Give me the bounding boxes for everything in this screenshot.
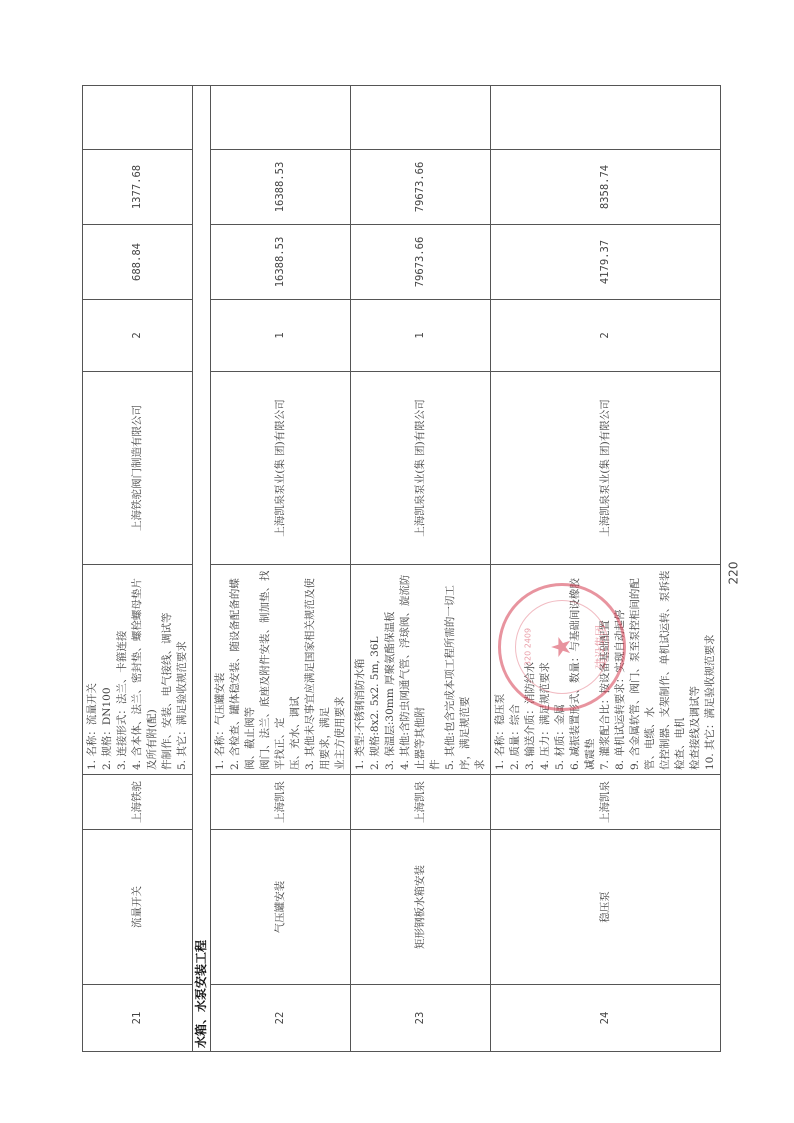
- section-header-row: 水箱、水泵安装工程: [193, 86, 211, 1052]
- description-line: 求: [473, 569, 488, 770]
- description-line: 2. 规格：DN100: [100, 569, 115, 770]
- item-quantity: 1: [211, 300, 351, 372]
- item-quantity: 2: [83, 300, 193, 372]
- item-remark: [491, 86, 721, 150]
- item-name: 气压罐安装: [211, 830, 351, 985]
- table-row: 23 矩形钢板水箱安装 上海凯泉 1. 类型:不锈钢消防水箱 2. 规格:8x2…: [351, 86, 491, 1052]
- item-total-price: 79673.66: [351, 150, 491, 225]
- item-manufacturer: 上海凯泉泵业(集 团)有限公司: [351, 372, 491, 565]
- description-line: 7. 灌浆配合比：按设备基础配置: [598, 569, 613, 770]
- item-remark: [211, 86, 351, 150]
- description-line: 检查接线及调试等: [688, 569, 703, 770]
- item-number: 21: [83, 985, 193, 1052]
- item-quantity: 2: [491, 300, 721, 372]
- item-unit-price: 79673.66: [351, 225, 491, 300]
- description-line: 5. 材质：金属: [553, 569, 568, 770]
- description-line: 4. 其他:含防虫网通气管、浮球阀、旋流防止器等其他附: [398, 569, 428, 770]
- item-name: 稳压泵: [491, 830, 721, 985]
- table-row: 21 流量开关 上海铁驼 1. 名称：流量开关 2. 规格：DN100 3. 连…: [83, 86, 193, 1052]
- item-remark: [351, 86, 491, 150]
- description-line: 5. 其他:包含完成本项工程所需的一切工序，满足规范要: [443, 569, 473, 770]
- item-manufacturer: 上海凯泉泵业(集 团)有限公司: [211, 372, 351, 565]
- description-line: 10. 其它：满足验收规范要求: [703, 569, 718, 770]
- item-total-price: 16388.53: [211, 150, 351, 225]
- description-line: 2. 质量：综合: [508, 569, 523, 770]
- table-row: 22 气压罐安装 上海凯泉 1. 名称：气压罐安装 2. 含检查、罐体稳安装、随…: [211, 86, 351, 1052]
- item-manufacturer: 上海凯泉泵业(集 团)有限公司: [491, 372, 721, 565]
- item-description: 1. 名称：流量开关 2. 规格：DN100 3. 连接形式：法兰、卡箍连接 4…: [83, 565, 193, 775]
- item-description: 1. 类型:不锈钢消防水箱 2. 规格:8x2. 5x2. 5m, 36L 3.…: [351, 565, 491, 775]
- item-manufacturer: 上海铁驼阀门制造有限公司: [83, 372, 193, 565]
- item-total-price: 1377.68: [83, 150, 193, 225]
- section-header: 水箱、水泵安装工程: [193, 86, 211, 1052]
- item-description: 1. 名称：气压罐安装 2. 含检查、罐体稳安装、随设备配备的蝶阀、截止阀等 阀…: [211, 565, 351, 775]
- description-line: 2. 含检查、罐体稳安装、随设备配备的蝶阀、截止阀等: [228, 569, 258, 770]
- item-unit-price: 688.84: [83, 225, 193, 300]
- description-line: 业主方使用要求: [333, 569, 348, 770]
- item-description: 1. 名称：稳压泵 2. 质量：综合 3. 输送介质：消防给水 4. 压力：满足…: [491, 565, 721, 775]
- bill-of-quantities-table: 21 流量开关 上海铁驼 1. 名称：流量开关 2. 规格：DN100 3. 连…: [82, 85, 721, 1052]
- description-line: 3. 其他未尽事宜应满足国家相关规范及使用要求，满足: [303, 569, 333, 770]
- rotated-page-content: 21 流量开关 上海铁驼 1. 名称：流量开关 2. 规格：DN100 3. 连…: [82, 86, 688, 1052]
- description-line: 位控制器、支架制作、单机试运转、泵拆装检查、电机: [658, 569, 688, 770]
- description-line: 件制作、安装、电气接线、调试等: [160, 569, 175, 770]
- description-line: 阀门、法兰、底座及附件安装、制加垫、找平找正、定: [258, 569, 288, 770]
- description-line: 4. 压力：满足规范要求: [538, 569, 553, 770]
- item-unit-price: 16388.53: [211, 225, 351, 300]
- description-line: 2. 规格:8x2. 5x2. 5m, 36L: [368, 569, 383, 770]
- item-unit-price: 4179.37: [491, 225, 721, 300]
- item-brand: 上海凯泉: [351, 775, 491, 830]
- description-line: 件: [428, 569, 443, 770]
- description-line: 1. 名称：气压罐安装: [213, 569, 228, 770]
- item-brand: 上海凯泉: [211, 775, 351, 830]
- item-name: 矩形钢板水箱安装: [351, 830, 491, 985]
- description-line: 6. 减振装置形式、数量：与基础间设橡胶减震垫: [568, 569, 598, 770]
- description-line: 3. 连接形式：法兰、卡箍连接: [115, 569, 130, 770]
- description-line: 3. 保温层:30mm 厚聚氨酯保温板: [383, 569, 398, 770]
- item-brand: 上海铁驼: [83, 775, 193, 830]
- description-line: 压、充水、调试: [288, 569, 303, 770]
- item-number: 22: [211, 985, 351, 1052]
- page-number: 220: [726, 562, 740, 585]
- item-number: 23: [351, 985, 491, 1052]
- description-line: 1. 名称：流量开关: [85, 569, 100, 770]
- item-name: 流量开关: [83, 830, 193, 985]
- description-line: 4. 含本体、法兰、密封垫、螺栓螺母垫片及所有附(配): [130, 569, 160, 770]
- item-brand: 上海凯泉: [491, 775, 721, 830]
- table-row: 24 稳压泵 上海凯泉 1. 名称：稳压泵 2. 质量：综合 3. 输送介质：消…: [491, 86, 721, 1052]
- item-remark: [83, 86, 193, 150]
- item-quantity: 1: [351, 300, 491, 372]
- description-line: 9. 含金属软管、阀门、泵至泵控柜间的配管、电缆、水: [628, 569, 658, 770]
- item-number: 24: [491, 985, 721, 1052]
- description-line: 1. 名称：稳压泵: [493, 569, 508, 770]
- description-line: 8. 单机试运转要求：实现自动起停: [613, 569, 628, 770]
- description-line: 1. 类型:不锈钢消防水箱: [353, 569, 368, 770]
- description-line: 5. 其它：满足验收规范要求: [175, 569, 190, 770]
- item-total-price: 8358.74: [491, 150, 721, 225]
- description-line: 3. 输送介质：消防给水: [523, 569, 538, 770]
